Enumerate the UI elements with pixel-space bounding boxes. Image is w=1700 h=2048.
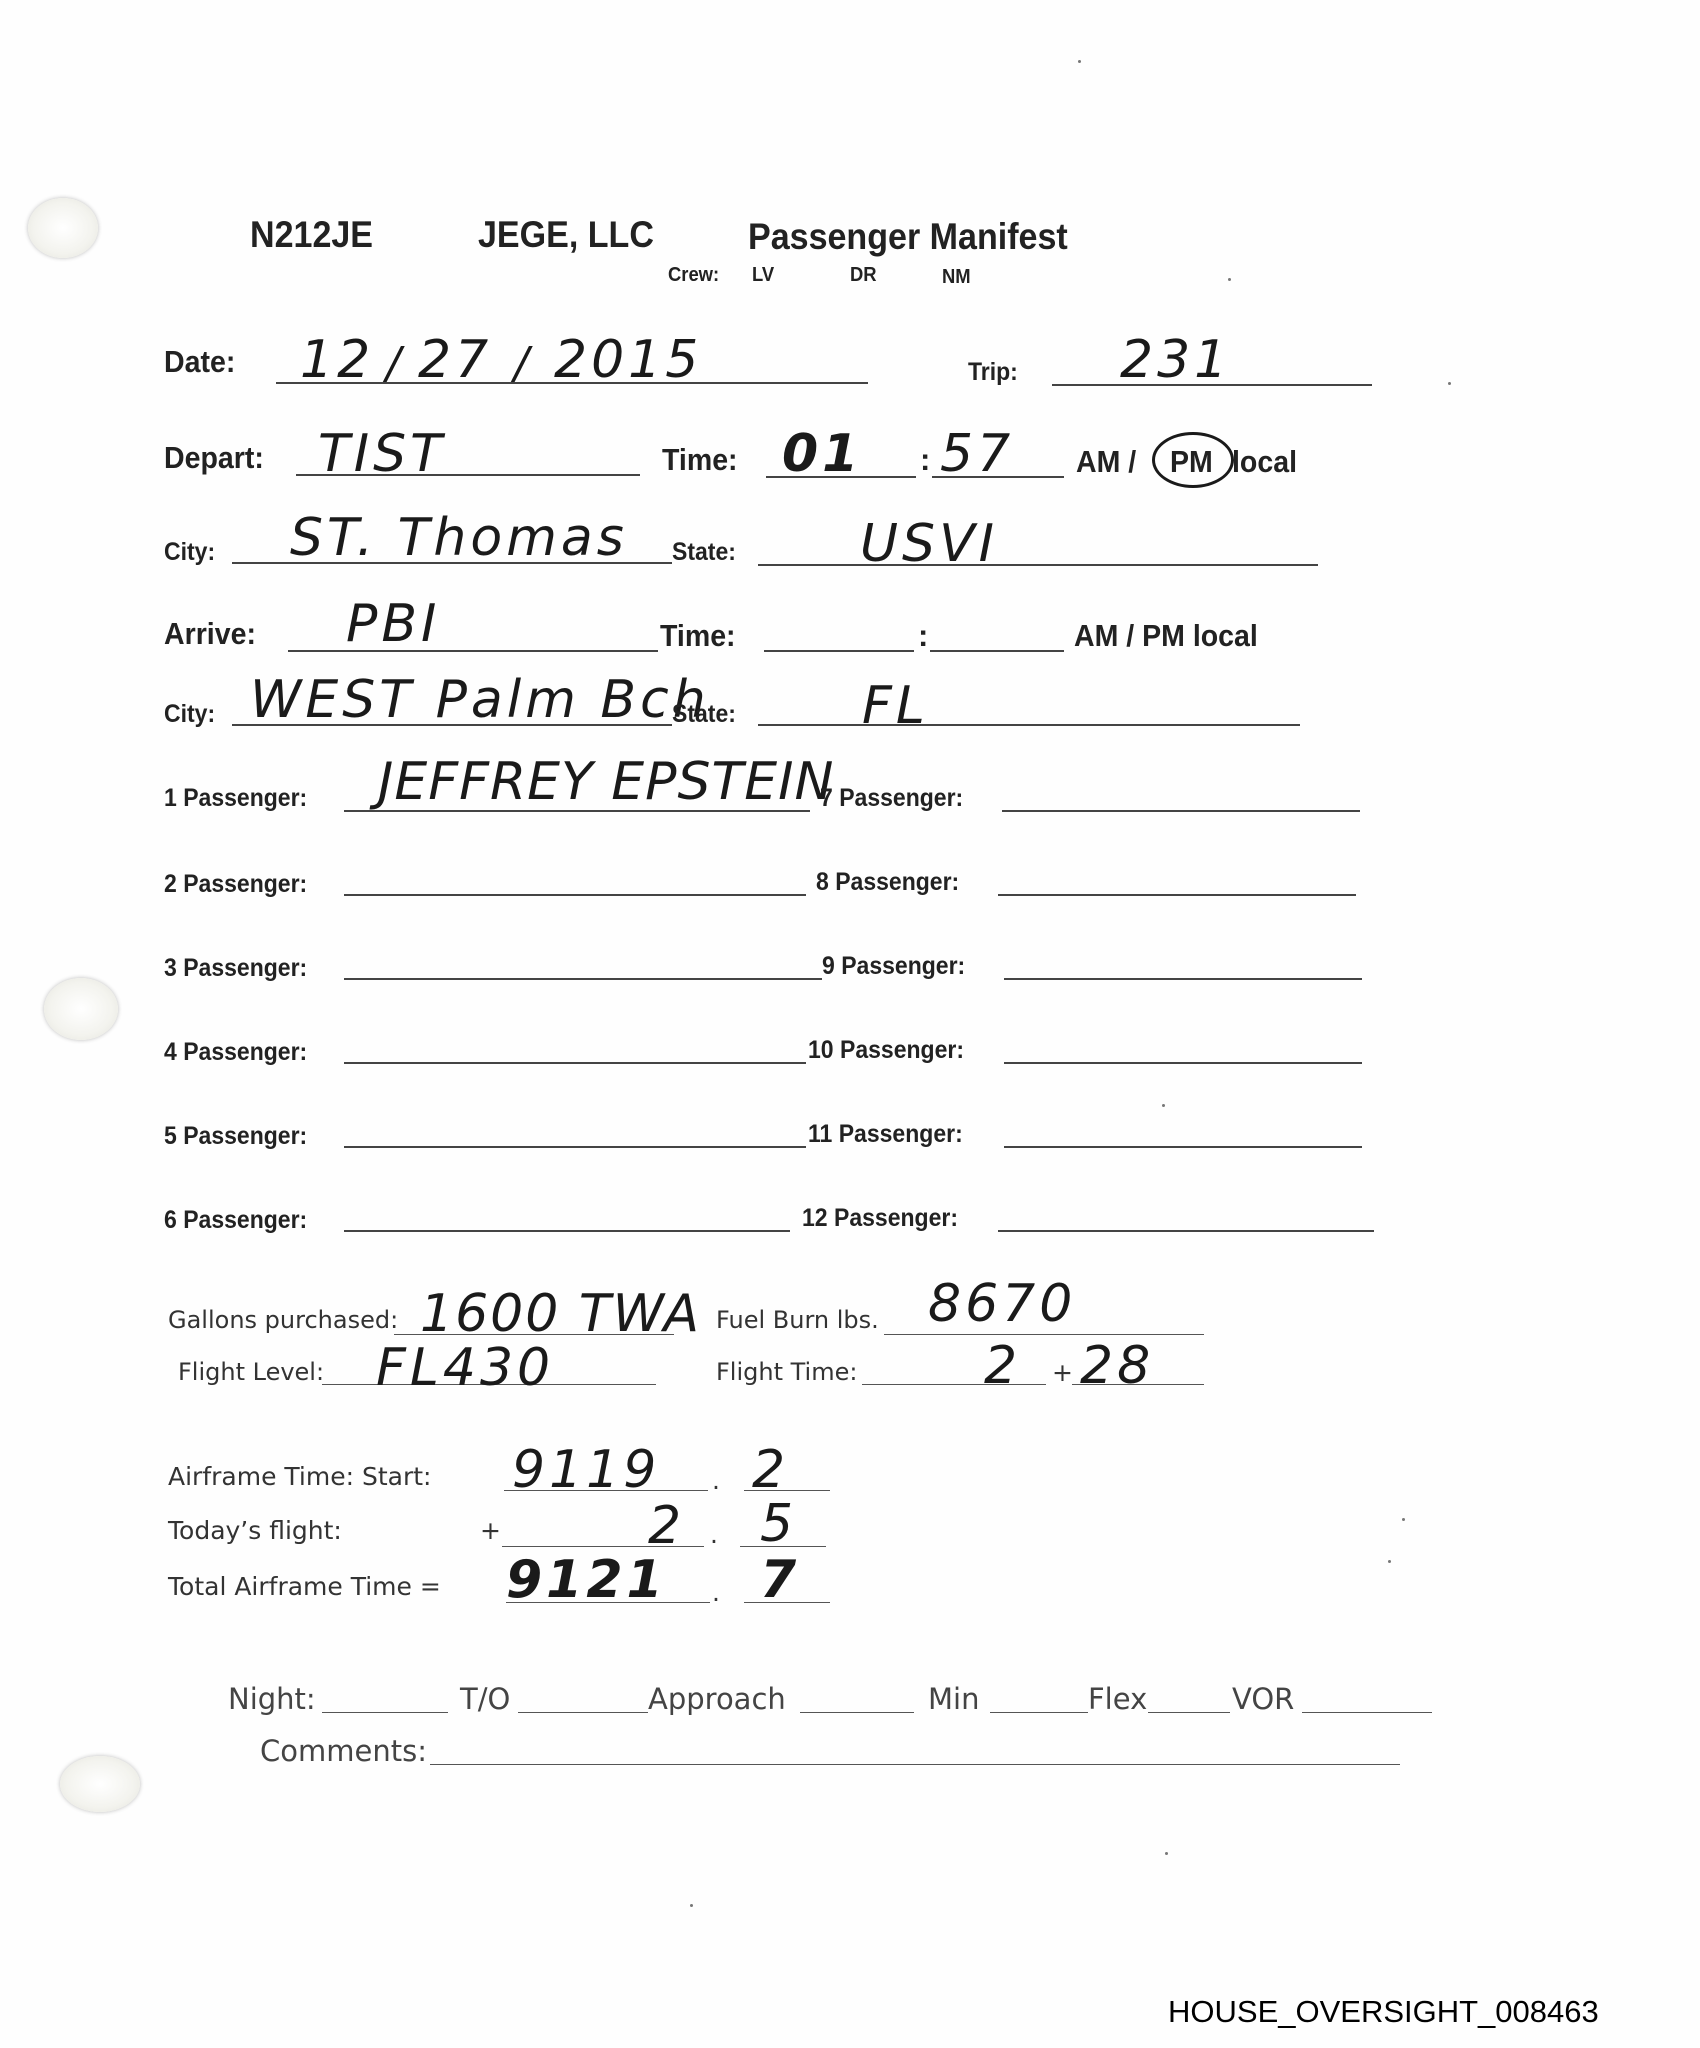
fuel-burn-value: 8670	[928, 1274, 1076, 1334]
arrive-time-colon: :	[918, 618, 928, 654]
date-label: Date:	[164, 344, 235, 380]
todays-flight-plus: +	[480, 1516, 501, 1545]
depart-hour-value: 01	[782, 424, 862, 484]
todays-flight-whole-value: 2	[648, 1496, 685, 1556]
passenger-3-line[interactable]	[344, 978, 822, 980]
passenger-8-label: 8 Passenger:	[816, 868, 959, 897]
crew-label: Crew:	[668, 264, 719, 287]
comments-label: Comments:	[260, 1734, 427, 1768]
arrive-state-label: State:	[672, 700, 736, 729]
scan-speck	[1078, 60, 1081, 63]
crew-member-3: NM	[942, 266, 971, 289]
scan-speck	[1388, 1560, 1391, 1563]
flex-label: Flex	[1088, 1682, 1147, 1716]
arrive-time-label: Time:	[660, 618, 736, 654]
trip-label: Trip:	[968, 358, 1018, 387]
company-name: JEGE, LLC	[478, 214, 654, 256]
flex-field-line[interactable]	[1148, 1712, 1230, 1713]
min-label: Min	[928, 1682, 979, 1716]
todays-flight-label: Today’s flight:	[168, 1516, 342, 1545]
scan-speck	[1448, 382, 1451, 385]
approach-field-line[interactable]	[800, 1712, 914, 1713]
airframe-start-label: Airframe Time: Start:	[168, 1462, 431, 1491]
flight-time-hours-value: 2	[984, 1336, 1021, 1396]
tail-number: N212JE	[250, 214, 373, 256]
depart-local-label: local	[1232, 444, 1297, 480]
passenger-5-label: 5 Passenger:	[164, 1122, 307, 1151]
passenger-1-label: 1 Passenger:	[164, 784, 307, 813]
depart-city-label: City:	[164, 538, 215, 567]
depart-minute-value: 57	[940, 424, 1014, 484]
arrive-state-value: FL	[862, 676, 929, 736]
arrive-label: Arrive:	[164, 616, 256, 652]
fuel-burn-label: Fuel Burn lbs.	[716, 1306, 879, 1334]
passenger-9-line[interactable]	[1004, 978, 1362, 980]
fuel-burn-line[interactable]	[884, 1334, 1204, 1335]
passenger-6-line[interactable]	[344, 1230, 790, 1232]
passenger-10-line[interactable]	[1004, 1062, 1362, 1064]
depart-am-label: AM /	[1076, 444, 1136, 480]
depart-time-colon: :	[920, 442, 930, 478]
total-airframe-decimal: .	[712, 1578, 720, 1607]
flight-time-minutes-value: 28	[1080, 1336, 1154, 1396]
passenger-5-line[interactable]	[344, 1146, 806, 1148]
page-title: Passenger Manifest	[748, 216, 1068, 258]
passenger-4-label: 4 Passenger:	[164, 1038, 307, 1067]
flight-level-value: FL430	[376, 1338, 554, 1398]
flight-time-label: Flight Time:	[716, 1358, 857, 1386]
todays-flight-decimal: .	[710, 1520, 718, 1549]
airframe-start-decimal: .	[712, 1466, 720, 1495]
passenger-1-value: JEFFREY EPSTEIN	[378, 752, 834, 812]
bates-number: HOUSE_OVERSIGHT_008463	[1168, 1994, 1599, 2030]
arrive-ampm-label: AM / PM local	[1074, 618, 1258, 654]
scan-speck	[1162, 1104, 1165, 1107]
scan-speck	[1402, 1518, 1405, 1521]
vor-field-line[interactable]	[1302, 1712, 1432, 1713]
passenger-7-label: 7 Passenger:	[820, 784, 963, 813]
passenger-7-line[interactable]	[1002, 810, 1360, 812]
depart-city-value: ST. Thomas	[290, 508, 628, 568]
passenger-11-label: 11 Passenger:	[808, 1120, 963, 1149]
depart-time-label: Time:	[662, 442, 738, 478]
passenger-11-line[interactable]	[1004, 1146, 1362, 1148]
scan-speck	[690, 1904, 693, 1907]
arrive-field-line[interactable]	[288, 650, 658, 652]
date-month-value: 12	[300, 330, 374, 390]
to-label: T/O	[460, 1682, 510, 1716]
crew-member-2: DR	[850, 264, 877, 287]
scan-speck	[1165, 1852, 1168, 1855]
depart-label: Depart:	[164, 440, 264, 476]
total-airframe-label: Total Airframe Time =	[168, 1572, 441, 1601]
vor-label: VOR	[1232, 1682, 1294, 1716]
manifest-page: N212JE JEGE, LLC Passenger Manifest Crew…	[0, 0, 1700, 2048]
trip-value: 231	[1120, 330, 1231, 390]
gallons-purchased-value: 1600 TWA	[420, 1284, 701, 1344]
punch-hole-top	[28, 198, 98, 258]
arrive-state-line[interactable]	[758, 724, 1300, 726]
date-year-value: 2015	[554, 330, 702, 390]
arrive-airport-value: PBI	[346, 594, 440, 654]
todays-flight-tenth-value: 5	[760, 1494, 797, 1554]
date-separator: /	[514, 338, 533, 389]
passenger-4-line[interactable]	[344, 1062, 806, 1064]
approach-label: Approach	[648, 1682, 786, 1716]
airframe-start-tenth-value: 2	[752, 1440, 789, 1500]
depart-state-value: USVI	[860, 514, 998, 574]
depart-state-label: State:	[672, 538, 736, 567]
passenger-10-label: 10 Passenger:	[808, 1036, 964, 1065]
crew-member-1: LV	[752, 264, 774, 287]
pm-selected-circle	[1152, 432, 1234, 488]
punch-hole-bottom	[60, 1756, 140, 1812]
night-label: Night:	[228, 1682, 316, 1716]
depart-state-line[interactable]	[758, 564, 1318, 566]
depart-airport-value: TIST	[318, 424, 446, 484]
passenger-9-label: 9 Passenger:	[822, 952, 965, 981]
passenger-2-label: 2 Passenger:	[164, 870, 307, 899]
passenger-6-label: 6 Passenger:	[164, 1206, 307, 1235]
comments-field-line[interactable]	[430, 1764, 1400, 1765]
arrive-minute-line[interactable]	[930, 650, 1064, 652]
total-airframe-whole-value: 9121	[506, 1550, 667, 1610]
passenger-8-line[interactable]	[998, 894, 1356, 896]
date-day-value: 27	[418, 330, 492, 390]
arrive-city-label: City:	[164, 700, 215, 729]
flight-level-label: Flight Level:	[178, 1358, 324, 1386]
airframe-start-whole-value: 9119	[512, 1440, 660, 1500]
night-field-line[interactable]	[322, 1712, 448, 1713]
passenger-12-label: 12 Passenger:	[802, 1204, 958, 1233]
flight-time-separator: +	[1052, 1358, 1073, 1387]
min-field-line[interactable]	[990, 1712, 1088, 1713]
scan-speck	[1228, 278, 1231, 281]
passenger-12-line[interactable]	[998, 1230, 1374, 1232]
arrive-hour-line[interactable]	[764, 650, 914, 652]
arrive-city-value: WEST Palm Bch	[250, 670, 710, 730]
total-airframe-tenth-value: 7	[760, 1550, 800, 1610]
gallons-purchased-label: Gallons purchased:	[168, 1306, 398, 1334]
passenger-3-label: 3 Passenger:	[164, 954, 307, 983]
passenger-2-line[interactable]	[344, 894, 806, 896]
date-separator: /	[386, 338, 405, 389]
to-field-line[interactable]	[518, 1712, 648, 1713]
punch-hole-middle	[44, 978, 118, 1040]
